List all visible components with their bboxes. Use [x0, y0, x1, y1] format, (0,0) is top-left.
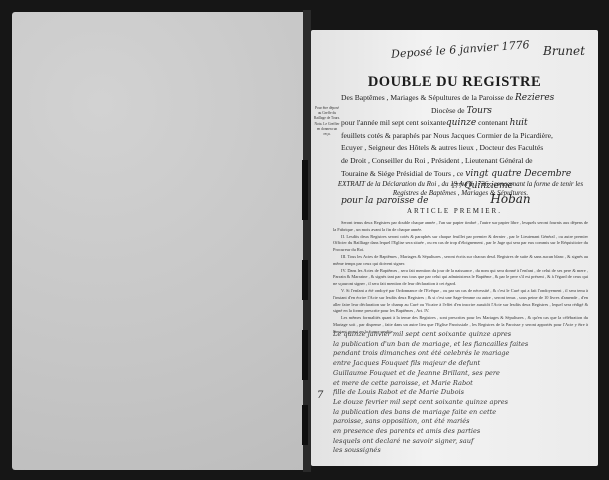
manuscript-line: entre Jacques Fouquet fils majeur de def…	[333, 359, 595, 369]
manuscript-line: en presence des parents et amis des part…	[333, 427, 595, 437]
manuscript-line: Guillaume Fouquet et de Jeanne Brillant,…	[333, 369, 595, 379]
date-value: vingt quatre Decembre	[465, 169, 571, 179]
register-page: Deposé le 6 janvier 1776 Brunet DOUBLE D…	[311, 30, 598, 466]
article-2: II. Lesdits deux Registres seront cotés …	[333, 234, 588, 254]
page-mark: 7	[317, 390, 323, 401]
leaves-value: huit	[510, 118, 528, 128]
manuscript-line: pendant trois dimanches ont été celebrés…	[333, 349, 595, 359]
manuscript-line: la publication d'un ban de mariage, et l…	[333, 340, 595, 350]
article-4: IV. Dans les Actes de Baptêmes , sera fa…	[333, 268, 588, 288]
manuscript-line: fille de Louis Rabot et de Marie Dubois	[333, 388, 595, 398]
manuscript-line: les soussignés	[333, 446, 595, 456]
page-title: DOUBLE DU REGISTRE	[311, 74, 598, 91]
form-line-6: de Droit , Conseiller du Roi , Président…	[341, 155, 591, 168]
book-spine	[303, 10, 311, 472]
article-5: V. Si l'enfant a été ondoyé par Ordonnan…	[333, 288, 588, 315]
margin-note: Pour être déposé au Greffe du Baillage d…	[313, 106, 341, 137]
manuscript-line: lesquels ont declaré ne savoir signer, s…	[333, 437, 595, 447]
manuscript-line: Le douze fevrier mil sept cent soixante …	[333, 398, 595, 408]
article-3: III. Tous les Actes de Baptêmes , Mariag…	[333, 254, 588, 268]
torn-edge	[302, 260, 308, 300]
articles-text: Seront tenus deux Registres par double c…	[333, 220, 588, 336]
manuscript-entries: Le quinze janvier mil sept cent soixante…	[333, 330, 595, 456]
form-line-diocese: Diocèse de Tours	[341, 105, 591, 118]
parish-value: Rezieres	[515, 93, 554, 103]
diocese-value: Tours	[466, 106, 491, 116]
deposit-note: Deposé le 6 janvier 1776	[391, 38, 530, 61]
article-1: Seront tenus deux Registres par double c…	[333, 220, 588, 234]
torn-edge	[302, 330, 308, 380]
torn-edge	[302, 160, 308, 220]
form-line-date: Touraine & Siége Présidial de Tours , ce…	[341, 168, 591, 181]
top-signature: Brunet	[543, 44, 585, 58]
form-line-5: Ecuyer , Seigneur des Hôtels & autres li…	[341, 142, 591, 155]
year-value: quinze	[446, 118, 476, 128]
blank-left-page	[12, 12, 307, 470]
manuscript-line: et mere de cette paroisse, et Marie Rabo…	[333, 379, 595, 389]
manuscript-line: la publication des bans de mariage faite…	[333, 408, 595, 418]
manuscript-line: Le quinze janvier mil sept cent soixante…	[333, 330, 595, 340]
manuscript-line: paroisse, sans opposition, ont été marié…	[333, 417, 595, 427]
extrait-heading: EXTRAIT de la Déclaration du Roi , du 19…	[333, 180, 588, 198]
form-line-year: pour l'année mil sept cent soixantequinz…	[341, 117, 591, 130]
form-line-4: feuillets cotés & paraphés par Nous Jacq…	[341, 130, 591, 143]
article-heading: ARTICLE PREMIER.	[311, 207, 598, 215]
form-line-parish: Des Baptêmes , Mariages & Sépultures de …	[341, 92, 591, 105]
torn-edge	[302, 405, 308, 445]
